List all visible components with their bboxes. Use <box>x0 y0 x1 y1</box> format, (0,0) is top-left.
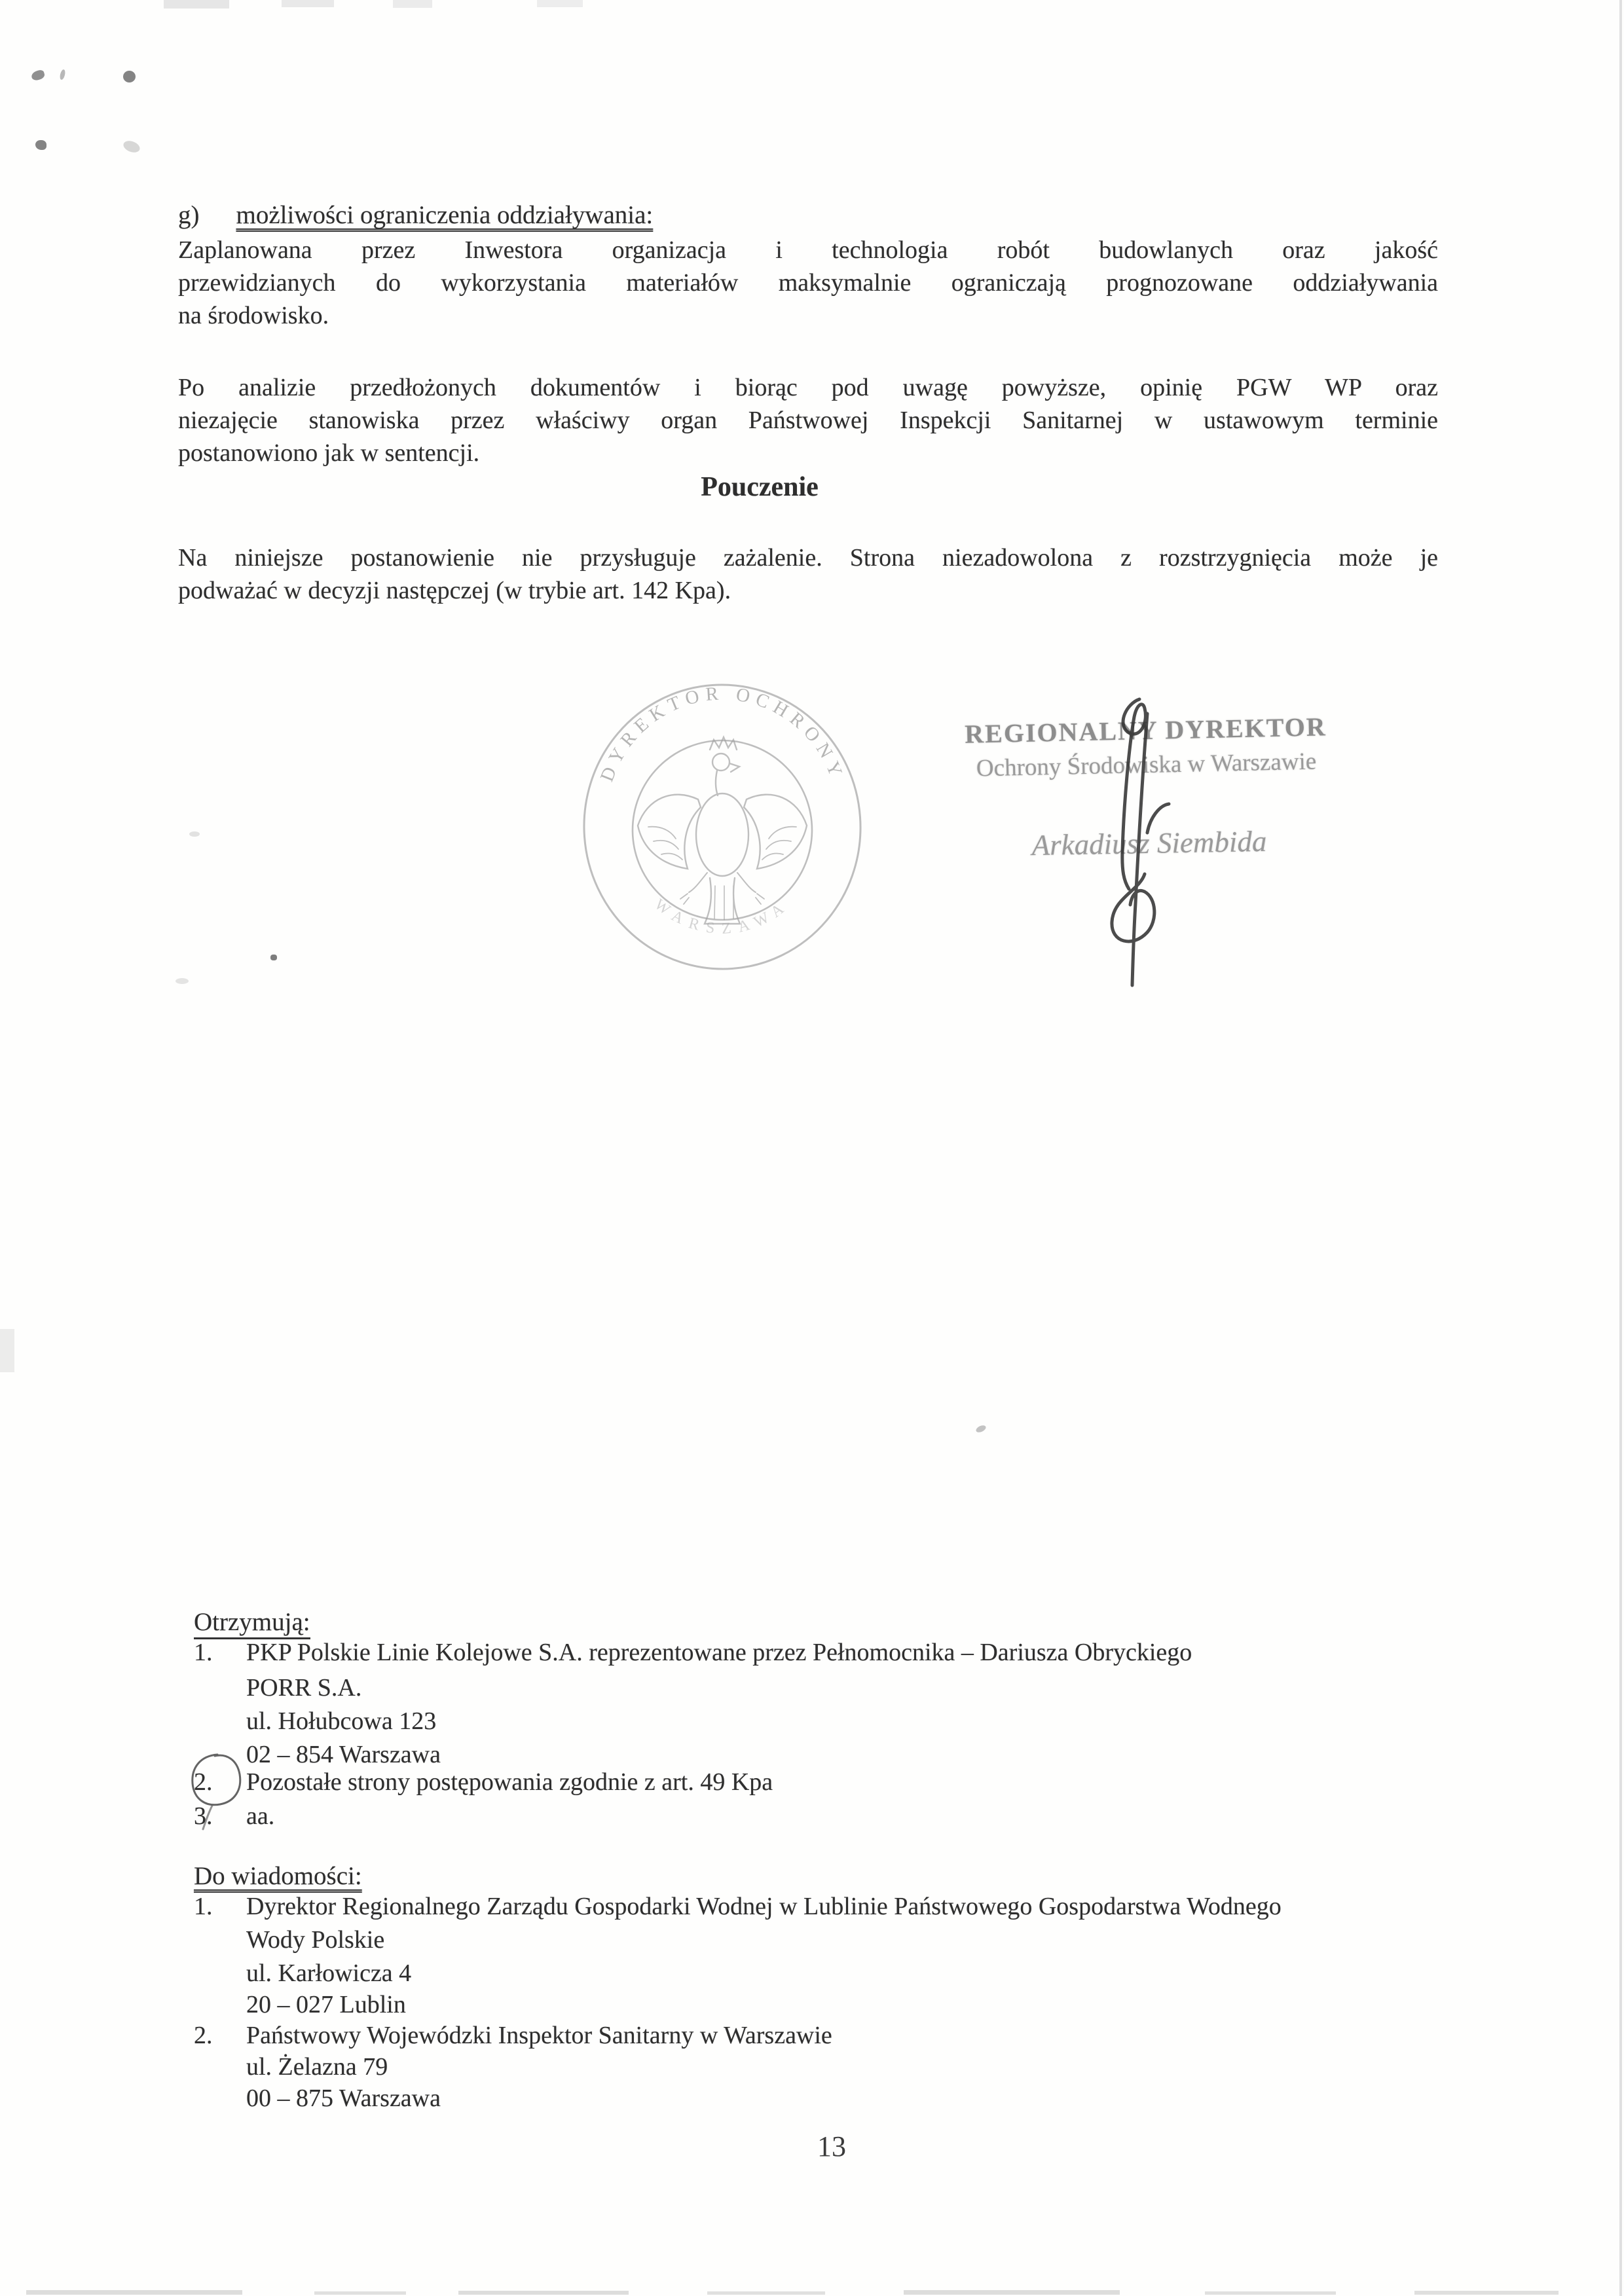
circle-annotation <box>186 1749 258 1834</box>
scan-artifact <box>1619 0 1622 2296</box>
svg-text:DYREKTOR OCHRONY: DYREKTOR OCHRONY <box>597 683 849 784</box>
scan-artifact <box>270 955 277 960</box>
para-line: przewidzianych do wykorzystania materiał… <box>178 268 1438 297</box>
row-text: 20 – 027 Lublin <box>246 1991 406 2018</box>
section-heading-title: możliwości ograniczenia oddziaływania: <box>236 201 654 229</box>
section-letter: g) <box>178 201 200 229</box>
svg-text:WARSZAWA: WARSZAWA <box>651 896 793 938</box>
recipient-row: 1.PKP Polskie Linie Kolejowe S.A. reprez… <box>194 1638 1192 1667</box>
scan-artifact <box>975 1424 987 1434</box>
para-line: podważać w decyzji następczej (w trybie … <box>178 576 1438 605</box>
row-number: 1. <box>194 1892 246 1921</box>
scan-artifact <box>282 0 334 7</box>
recipient-row: PORR S.A. <box>194 1673 361 1702</box>
stamp-arc-text-bottom: WARSZAWA <box>651 896 793 938</box>
fyi-row: 2.Państwowy Wojewódzki Inspektor Sanitar… <box>194 2021 832 2050</box>
scan-artifact <box>314 2291 406 2295</box>
section-heading-g: g)możliwości ograniczenia oddziaływania: <box>178 200 653 230</box>
para-line: na środowisko. <box>178 301 1438 330</box>
row-number: 2. <box>194 2021 246 2050</box>
para-line: Po analizie przedłożonych dokumentów i b… <box>178 373 1438 402</box>
scan-artifact <box>0 1329 14 1372</box>
recipient-row: 2.Pozostałe strony postępowania zgodnie … <box>194 1768 773 1796</box>
scan-artifact <box>393 0 432 8</box>
scan-artifact <box>31 69 46 82</box>
row-text: Wody Polskie <box>246 1926 384 1954</box>
scan-artifact <box>122 139 141 155</box>
eagle-emblem <box>638 737 807 924</box>
scan-artifact <box>904 2290 1120 2295</box>
row-text: 00 – 875 Warszawa <box>246 2085 441 2112</box>
row-text: ul. Karłowicza 4 <box>246 1959 411 1987</box>
row-text: ul. Żelazna 79 <box>246 2053 388 2081</box>
fyi-row: ul. Żelazna 79 <box>194 2052 388 2081</box>
pouczenie-heading: Pouczenie <box>178 471 1341 503</box>
scan-artifact <box>537 0 583 7</box>
scan-artifact <box>35 140 46 150</box>
row-text: 02 – 854 Warszawa <box>246 1741 441 1768</box>
fyi-row: 1.Dyrektor Regionalnego Zarządu Gospodar… <box>194 1892 1282 1921</box>
handwritten-signature <box>1074 674 1205 1002</box>
para-line: niezajęcie stanowiska przez właściwy org… <box>178 406 1438 435</box>
row-text: PKP Polskie Linie Kolejowe S.A. reprezen… <box>246 1639 1192 1666</box>
fyi-row: ul. Karłowicza 4 <box>194 1959 411 1988</box>
para-line: Na niniejsze postanowienie nie przysługu… <box>178 543 1438 572</box>
fyi-heading: Do wiadomości: <box>194 1861 362 1891</box>
fyi-row: 20 – 027 Lublin <box>194 1990 406 2019</box>
row-text: ul. Hołubcowa 123 <box>246 1707 436 1735</box>
stamp-arc-text-top: DYREKTOR OCHRONY <box>597 683 849 784</box>
page-number: 13 <box>779 2130 884 2163</box>
scan-artifact <box>59 69 66 80</box>
document-page: g)możliwości ograniczenia oddziaływania:… <box>0 0 1624 2296</box>
scan-artifact <box>1205 2291 1336 2295</box>
scan-artifact <box>458 2291 629 2295</box>
scan-artifact <box>164 0 229 9</box>
row-text: PORR S.A. <box>246 1674 361 1702</box>
para-line: Zaplanowana przez Inwestora organizacja … <box>178 236 1438 264</box>
scan-artifact <box>1414 2291 1559 2295</box>
row-number: 1. <box>194 1638 246 1667</box>
official-seal: DYREKTOR OCHRONY WARSZAWA <box>570 670 877 984</box>
scan-artifact <box>123 71 136 82</box>
scan-artifact <box>707 2291 825 2295</box>
row-text: Dyrektor Regionalnego Zarządu Gospodarki… <box>246 1893 1282 1920</box>
recipient-row: ul. Hołubcowa 123 <box>194 1707 436 1736</box>
row-text: Pozostałe strony postępowania zgodnie z … <box>246 1768 773 1796</box>
fyi-row: 00 – 875 Warszawa <box>194 2084 441 2113</box>
row-text: Państwowy Wojewódzki Inspektor Sanitarny… <box>246 2022 832 2049</box>
fyi-row: Wody Polskie <box>194 1925 384 1954</box>
scan-artifact <box>175 978 189 984</box>
para-line: postanowiono jak w sentencji. <box>178 439 1438 467</box>
scan-artifact <box>189 831 200 837</box>
scan-artifact <box>26 2290 242 2295</box>
recipients-heading: Otrzymują: <box>194 1607 310 1637</box>
